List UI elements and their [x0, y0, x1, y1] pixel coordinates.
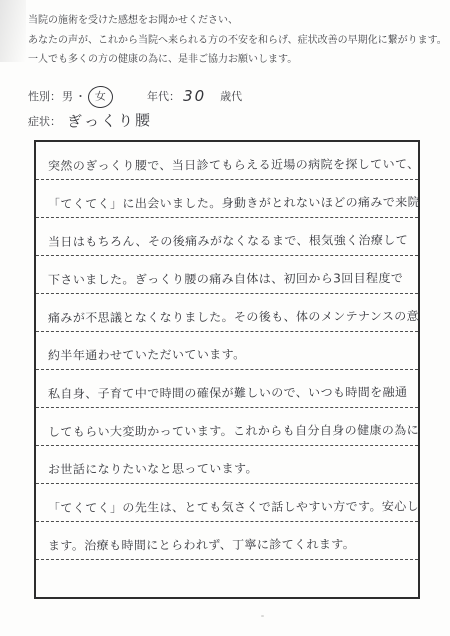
age-value-handwritten: 30 [183, 87, 206, 105]
symptom-label: 症状： [28, 116, 61, 128]
comment-line-text: 約半年通わせていただいています。 [48, 345, 246, 363]
comment-line-text: 「てくてく」に出会いました。身動きがとれないほどの痛みで来院し、 [48, 193, 418, 212]
comment-line: 私自身、子育て中で時間の確保が難しいので、いつも時間を融通 [36, 370, 418, 408]
comment-line: 「てくてく」の先生は、とても気さくで話しやすい方です。安心して来院でき [36, 484, 418, 522]
comment-line-text: 突然のぎっくり腰で、当日診てもらえる近場の病院を探していて、 [48, 155, 418, 174]
comment-line-empty [36, 560, 418, 597]
intro-line-1: 当院の施術を受けた感想をお聞かせください、 [28, 11, 442, 31]
questionnaire-scan: 当院の施術を受けた感想をお聞かせください、 あなたの声が、これから当院へ来られる… [0, 0, 450, 636]
comment-line: 突然のぎっくり腰で、当日診てもらえる近場の病院を探していて、 [36, 142, 418, 180]
comment-line: 「てくてく」に出会いました。身動きがとれないほどの痛みで来院し、 [36, 180, 418, 218]
comment-line-text: 痛みが不思議となくなりました。その後も、体のメンテナンスの意味で [48, 307, 418, 326]
comment-line-text: 当日はもちろん、その後痛みがなくなるまで、根気強く治療して [48, 231, 408, 250]
comment-line: してもらい大変助かっています。これからも自分自身の健康の為に、 [36, 408, 418, 446]
gender-option-male: 男 [62, 91, 73, 103]
comment-line-text: 「てくてく」の先生は、とても気さくで話しやすい方です。安心して来院でき [48, 497, 418, 516]
gender-age-row: 性別：男・女年代： 30歳代 [28, 86, 242, 108]
scan-artifact-corner [0, 0, 26, 62]
comment-line: 約半年通わせていただいています。 [36, 332, 418, 370]
comment-line: 痛みが不思議となくなりました。その後も、体のメンテナンスの意味で [36, 294, 418, 332]
comment-line-text: 下さいました。ぎっくり腰の痛み自体は、初回から3回目程度で [48, 269, 403, 288]
gender-separator: ・ [75, 91, 86, 103]
intro-text: 当院の施術を受けた感想をお聞かせください、 あなたの声が、これから当院へ来られる… [28, 11, 442, 70]
age-suffix: 歳代 [220, 91, 242, 103]
scan-artifact-dot [261, 615, 264, 617]
comment-line-text: ます。治療も時間にとらわれず、丁寧に診てくれます。 [48, 535, 355, 554]
intro-line-2: あなたの声が、これから当院へ来られる方の不安を和らげ、症状改善の早期化に繋がりま… [28, 31, 442, 51]
symptom-value-handwritten: ぎっくり腰 [67, 109, 152, 131]
age-label: 年代： [147, 91, 180, 103]
comment-line-text: お世話になりたいなと思っています。 [48, 459, 258, 477]
comment-box: 突然のぎっくり腰で、当日診てもらえる近場の病院を探していて、 「てくてく」に出会… [34, 140, 420, 599]
gender-label: 性別： [28, 91, 61, 103]
gender-option-female-circled: 女 [87, 85, 113, 108]
comment-line: 下さいました。ぎっくり腰の痛み自体は、初回から3回目程度で [36, 256, 418, 294]
comment-line: ます。治療も時間にとらわれず、丁寧に診てくれます。 [36, 522, 418, 560]
comment-line: 当日はもちろん、その後痛みがなくなるまで、根気強く治療して [36, 218, 418, 256]
symptom-row: 症状：ぎっくり腰 [28, 109, 152, 130]
comment-line-text: 私自身、子育て中で時間の確保が難しいので、いつも時間を融通 [48, 383, 407, 402]
comment-line: お世話になりたいなと思っています。 [36, 446, 418, 484]
intro-line-3: 一人でも多くの方の健康の為に、是非ご協力お願いします。 [28, 50, 442, 70]
comment-line-text: してもらい大変助かっています。これからも自分自身の健康の為に、 [48, 421, 418, 440]
